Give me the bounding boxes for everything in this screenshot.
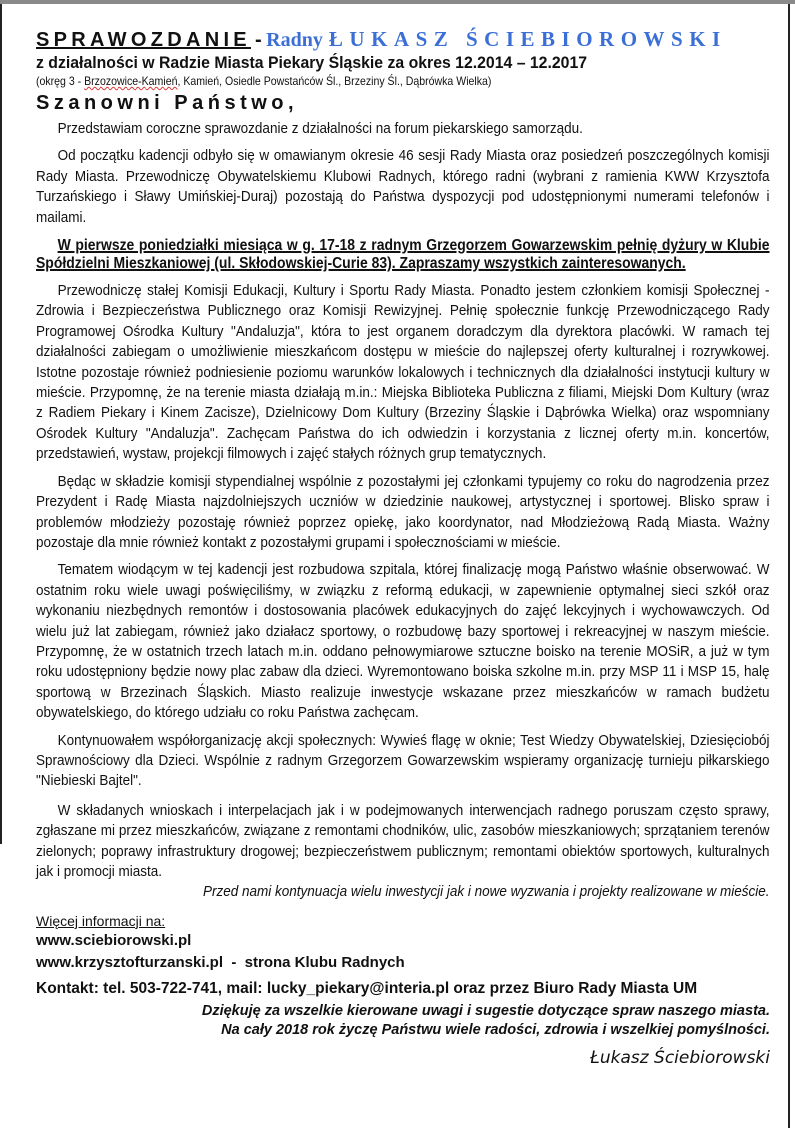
- councillor-name: ŁUKASZ ŚCIEBIOROWSKI: [329, 27, 727, 51]
- thanks-line-1: Dziękuję za wszelkie kierowane uwagi i s…: [36, 1002, 770, 1021]
- paragraph-sessions: Od początku kadencji odbyło się w omawia…: [36, 146, 770, 228]
- district-first: Brzozowice-Kamień: [84, 74, 177, 88]
- document-subtitle: z działalności w Radzie Miasta Piekary Ś…: [36, 53, 719, 73]
- paragraph-culture: Przewodniczę stałej Komisji Edukacji, Ku…: [36, 281, 770, 465]
- radny-label: Radny: [266, 29, 323, 51]
- frame-right-border: [788, 4, 790, 1128]
- paragraph-outlook: Przed nami kontynuacja wielu inwestycji …: [36, 882, 770, 902]
- district-line: (okręg 3 - Brzozowice-Kamień, Kamień, Os…: [36, 73, 682, 89]
- report-page: SPRAWOZDANIE-Radny ŁUKASZ ŚCIEBIOROWSKI …: [36, 27, 770, 1068]
- contact-line: Kontakt: tel. 503-722-741, mail: lucky_p…: [36, 979, 770, 999]
- paragraph-duty-hours: W pierwsze poniedziałki miesiąca w g. 17…: [36, 237, 770, 273]
- links-block: www.sciebiorowski.pl www.krzysztofturzan…: [36, 930, 770, 974]
- more-info-label: Więcej informacji na:: [36, 912, 770, 930]
- paragraph-scholarship: Będąc w składzie komisji stypendialnej w…: [36, 472, 770, 554]
- thanks-line-2: Na cały 2018 rok życzę Państwu wiele rad…: [36, 1021, 770, 1040]
- title-dash: -: [255, 29, 262, 51]
- greeting: Szanowni Państwo,: [36, 91, 770, 116]
- title-word: SPRAWOZDANIE: [36, 29, 251, 51]
- signature: Łukasz Ściebiorowski: [36, 1048, 770, 1068]
- link-sciebiorowski[interactable]: www.sciebiorowski.pl: [36, 930, 770, 952]
- paragraph-hospital-sport: Tematem wiodącym w tej kadencji jest roz…: [36, 560, 770, 723]
- frame-left-border: [0, 4, 2, 844]
- body-text: Przedstawiam coroczne sprawozdanie z dzi…: [36, 119, 770, 903]
- paragraph-intro: Przedstawiam coroczne sprawozdanie z dzi…: [36, 119, 770, 139]
- document-title: SPRAWOZDANIE-Radny ŁUKASZ ŚCIEBIOROWSKI: [36, 27, 770, 52]
- top-gray-bar: [0, 0, 795, 4]
- link-turzanski-row: www.krzysztofturzanski.pl - strona Klubu…: [36, 952, 770, 974]
- paragraph-interventions: W składanych wnioskach i interpelacjach …: [36, 801, 770, 883]
- paragraph-social-actions: Kontynuowałem współorganizację akcji spo…: [36, 731, 770, 792]
- link-turzanski-suffix: - strona Klubu Radnych: [223, 954, 405, 971]
- link-turzanski[interactable]: www.krzysztofturzanski.pl: [36, 954, 223, 971]
